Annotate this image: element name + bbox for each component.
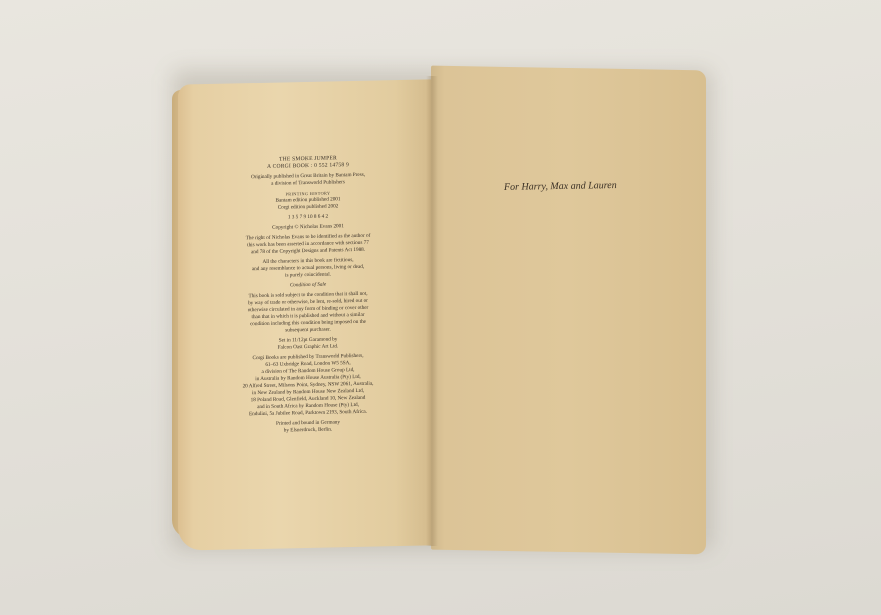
rights-line: and 78 of the Copyright Designs and Pate… — [251, 247, 365, 255]
typeset-line: Falcon Oast Graphic Art Ltd. — [278, 343, 339, 350]
printer-line: by Elsnerdruck, Berlin. — [284, 426, 332, 433]
open-book: THE SMOKE JUMPER A CORGI BOOK : 0 552 14… — [178, 64, 708, 554]
condition-line: subsequent purchaser. — [285, 327, 331, 334]
edition-line: Corgi edition published 2002 — [278, 203, 339, 210]
printing-history-label: PRINTING HISTORY — [286, 191, 331, 197]
publisher-line: Originally published in Great Britain by… — [251, 172, 365, 180]
book-gutter — [426, 76, 438, 546]
publisher-line: a division of Transworld Publishers — [271, 179, 345, 187]
dedication-text: For Harry, Max and Lauren — [504, 180, 617, 193]
isbn-line: A CORGI BOOK : 0 552 14758 9 — [267, 162, 349, 170]
print-numbers: 1 3 5 7 9 10 8 6 4 2 — [288, 214, 328, 221]
copyright-line: Copyright © Nicholas Evans 2001 — [272, 223, 344, 231]
publisher-address-line: Endulini, 5a Jubilee Road, Parktown 2193… — [249, 409, 367, 417]
book-title: THE SMOKE JUMPER — [279, 155, 337, 162]
fiction-line: is purely coincidental. — [285, 272, 331, 279]
condition-heading: Condition of Sale — [290, 282, 326, 289]
imprint-text: THE SMOKE JUMPER A CORGI BOOK : 0 552 14… — [214, 154, 402, 439]
typeset-line: Set in 11/12pt Garamond by — [279, 336, 338, 343]
fiction-line: and any resemblance to actual persons, l… — [252, 264, 364, 272]
condition-line: condition including this condition being… — [250, 319, 366, 327]
right-page — [431, 66, 706, 555]
